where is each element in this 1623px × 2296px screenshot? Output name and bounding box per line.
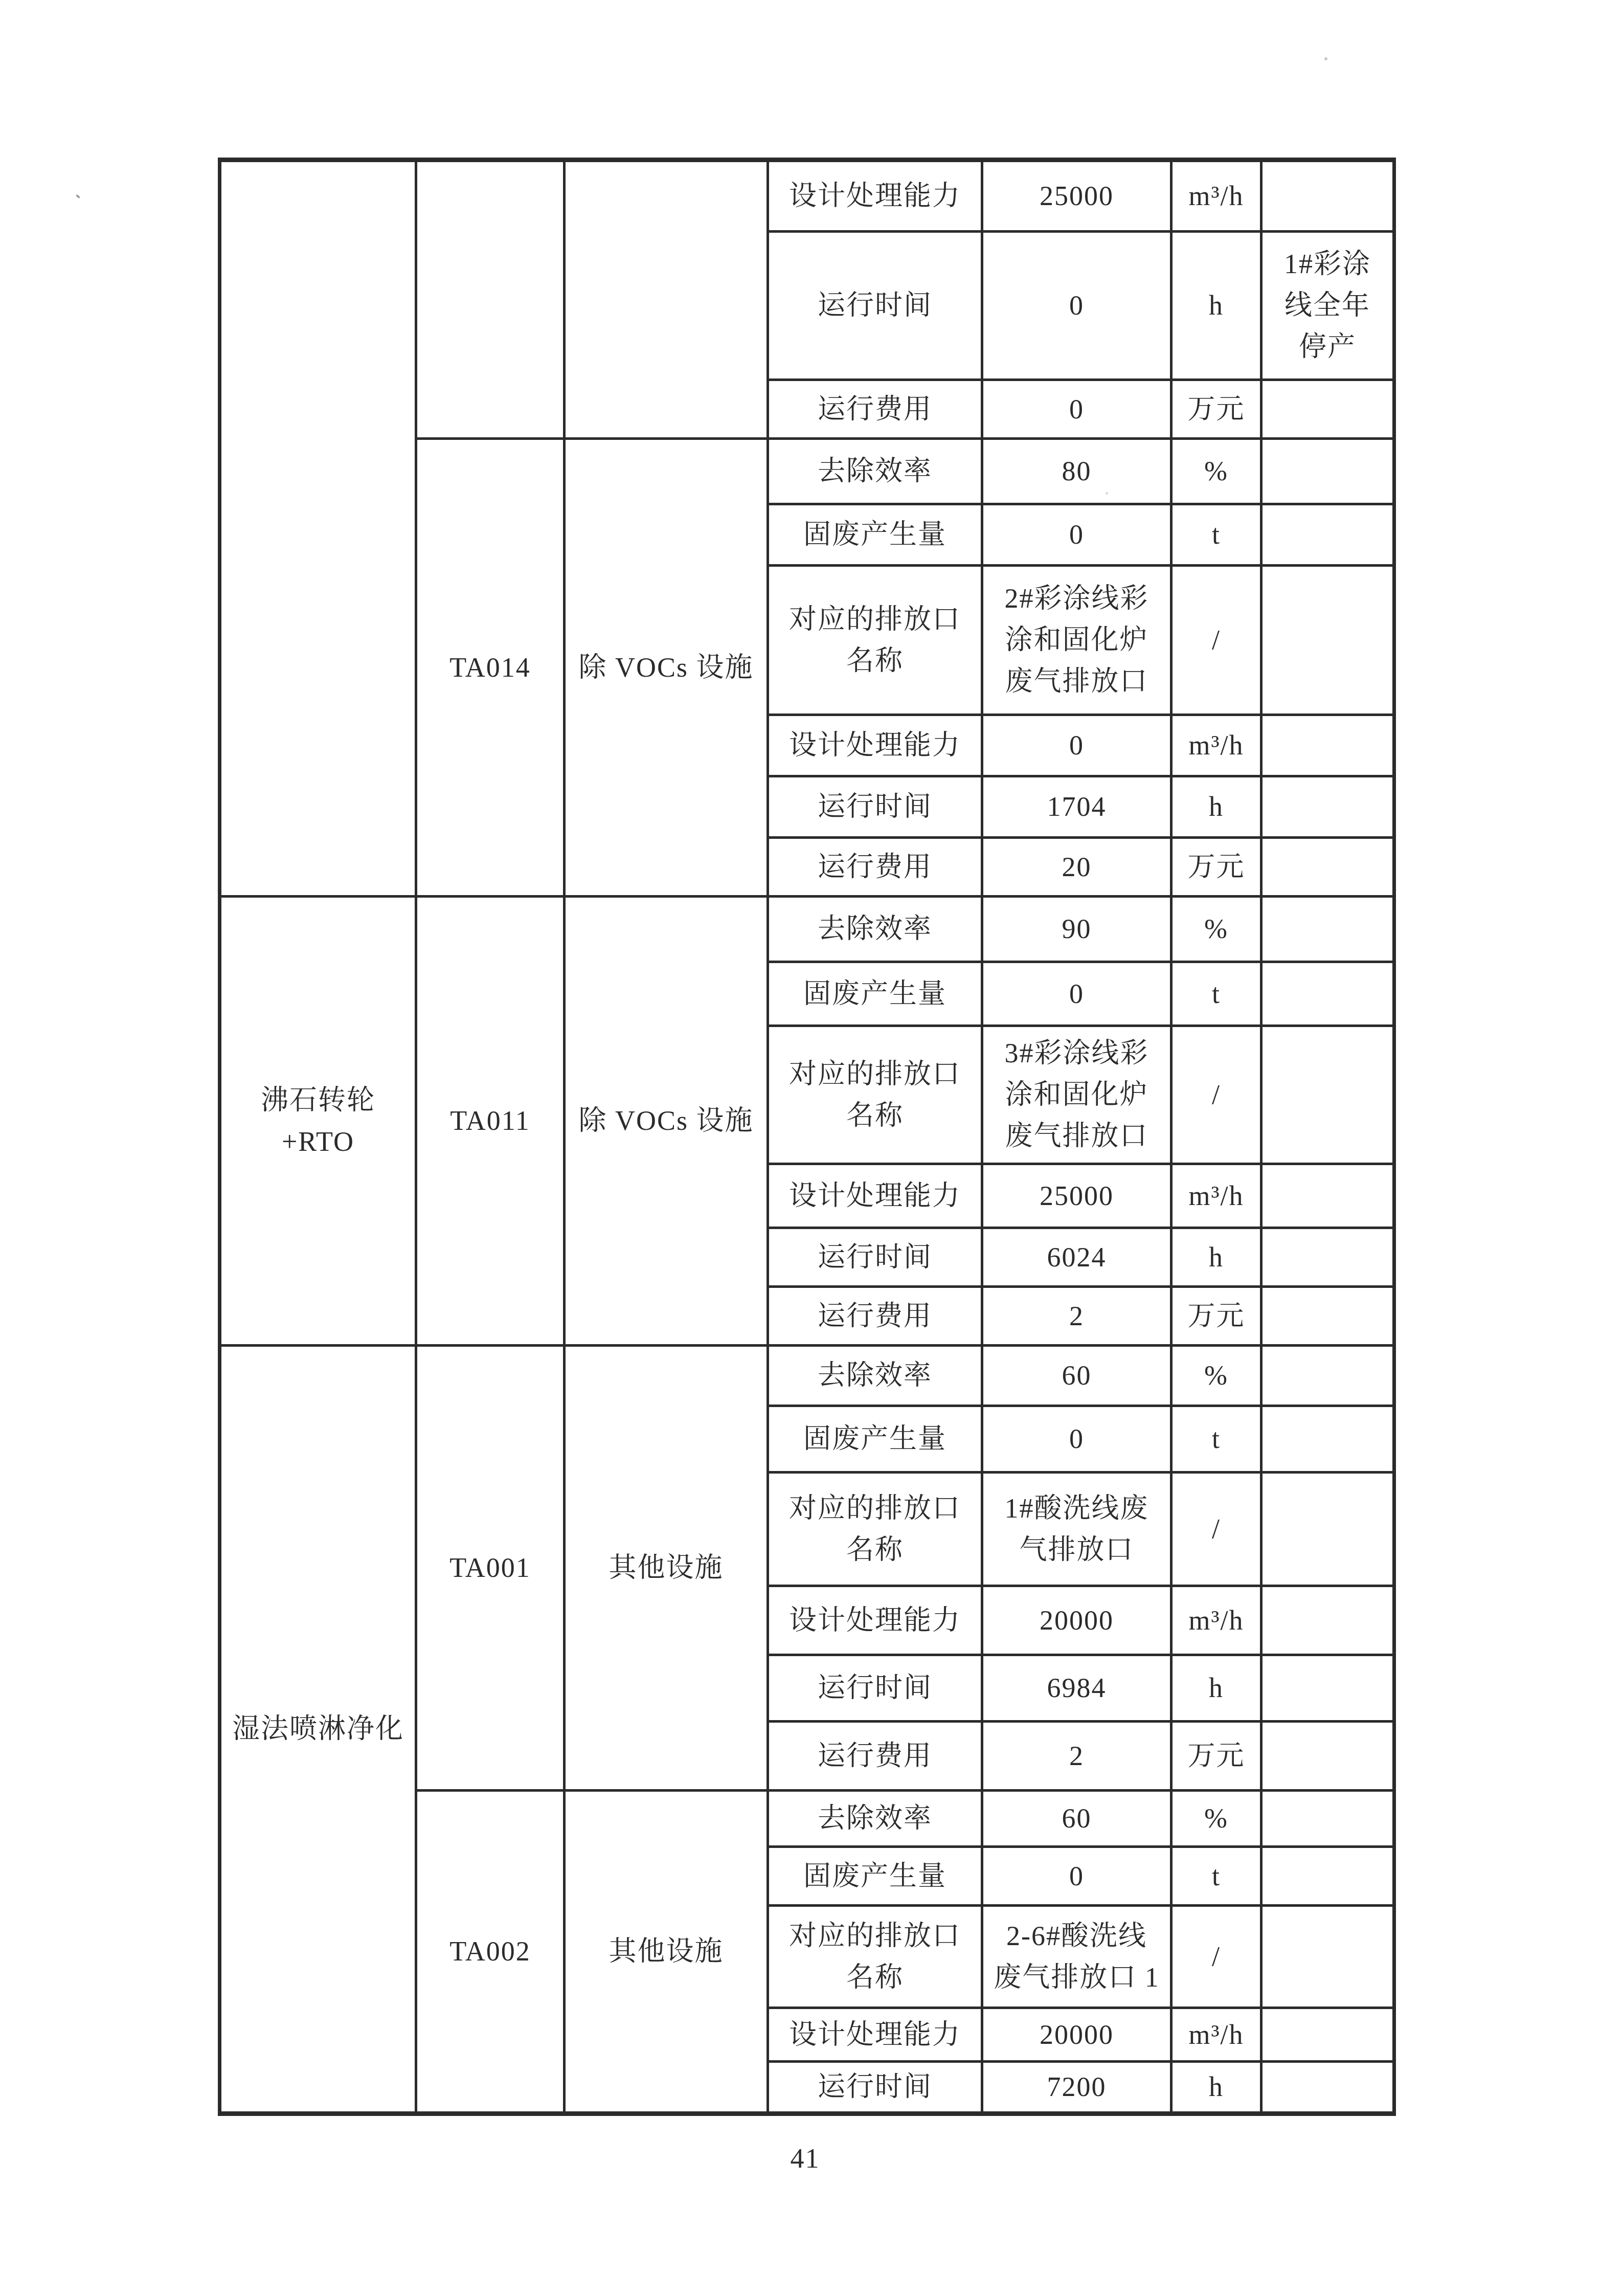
unit-cell: m³/h xyxy=(1171,715,1261,776)
unit-cell: t xyxy=(1171,1847,1261,1906)
unit-cell: h xyxy=(1171,1228,1261,1287)
note-cell xyxy=(1261,838,1394,897)
param-name-cell: 去除效率 xyxy=(768,897,982,962)
value-cell: 2 xyxy=(982,1287,1171,1346)
note-cell xyxy=(1261,1847,1394,1906)
facility-type-cell: 其他设施 xyxy=(565,1791,768,2114)
param-name-cell: 运行费用 xyxy=(768,380,982,439)
note-cell xyxy=(1261,1406,1394,1473)
note-cell xyxy=(1261,1164,1394,1228)
table-row: 湿法喷淋净化 TA001 其他设施 去除效率 60 % xyxy=(220,1346,1394,1406)
unit-cell: / xyxy=(1171,1473,1261,1586)
unit-cell: h xyxy=(1171,1655,1261,1722)
value-cell: 20000 xyxy=(982,2008,1171,2062)
value-cell: 0 xyxy=(982,232,1171,380)
note-cell xyxy=(1261,776,1394,838)
param-name-cell: 固废产生量 xyxy=(768,1406,982,1473)
unit-cell: 万元 xyxy=(1171,380,1261,439)
value-cell: 0 xyxy=(982,1847,1171,1906)
unit-cell: t xyxy=(1171,1406,1261,1473)
value-cell: 6024 xyxy=(982,1228,1171,1287)
value-cell: 2#彩涂线彩 涂和固化炉 废气排放口 xyxy=(982,566,1171,715)
note-cell: 1#彩涂 线全年 停产 xyxy=(1261,232,1394,380)
unit-cell: % xyxy=(1171,1346,1261,1406)
value-cell: 60 xyxy=(982,1791,1171,1847)
note-cell xyxy=(1261,160,1394,232)
facility-code-cell: TA014 xyxy=(416,439,565,897)
unit-cell: h xyxy=(1171,776,1261,838)
note-cell xyxy=(1261,1791,1394,1847)
param-name-cell: 运行时间 xyxy=(768,1228,982,1287)
param-name-cell: 运行时间 xyxy=(768,232,982,380)
facility-type-cell: 除 VOCs 设施 xyxy=(565,439,768,897)
value-cell: 0 xyxy=(982,962,1171,1026)
facility-code-cell: TA001 xyxy=(416,1346,565,1791)
param-name-cell: 去除效率 xyxy=(768,1791,982,1847)
note-cell xyxy=(1261,566,1394,715)
note-cell xyxy=(1261,2008,1394,2062)
pollution-treatment-facilities-table: 设计处理能力 25000 m³/h 运行时间 0 h 1#彩涂 线全年 停产 运… xyxy=(218,158,1396,2116)
unit-cell: 万元 xyxy=(1171,1287,1261,1346)
facility-code-cell: TA002 xyxy=(416,1791,565,2114)
note-cell xyxy=(1261,1346,1394,1406)
param-name-cell: 对应的排放口 名称 xyxy=(768,566,982,715)
value-cell: 0 xyxy=(982,1406,1171,1473)
param-name-cell: 运行时间 xyxy=(768,776,982,838)
param-name-cell: 设计处理能力 xyxy=(768,1586,982,1655)
param-name-cell: 运行时间 xyxy=(768,2062,982,2114)
param-name-cell: 去除效率 xyxy=(768,439,982,504)
value-cell: 6984 xyxy=(982,1655,1171,1722)
param-name-cell: 对应的排放口 名称 xyxy=(768,1473,982,1586)
unit-cell: / xyxy=(1171,1026,1261,1164)
note-cell xyxy=(1261,2062,1394,2114)
unit-cell: m³/h xyxy=(1171,1164,1261,1228)
unit-cell: h xyxy=(1171,2062,1261,2114)
note-cell xyxy=(1261,715,1394,776)
note-cell xyxy=(1261,1473,1394,1586)
value-cell: 0 xyxy=(982,504,1171,566)
value-cell: 2-6#酸洗线 废气排放口 1 xyxy=(982,1906,1171,2008)
unit-cell: t xyxy=(1171,962,1261,1026)
value-cell: 90 xyxy=(982,897,1171,962)
value-cell: 20000 xyxy=(982,1586,1171,1655)
note-cell xyxy=(1261,1722,1394,1791)
note-cell xyxy=(1261,1228,1394,1287)
value-cell: 25000 xyxy=(982,1164,1171,1228)
table-row: 设计处理能力 25000 m³/h xyxy=(220,160,1394,232)
param-name-cell: 固废产生量 xyxy=(768,962,982,1026)
scan-artifact xyxy=(1324,57,1327,60)
note-cell xyxy=(1261,380,1394,439)
param-name-cell: 固废产生量 xyxy=(768,504,982,566)
value-cell: 1#酸洗线废 气排放口 xyxy=(982,1473,1171,1586)
unit-cell: h xyxy=(1171,232,1261,380)
facility-type-cell: 其他设施 xyxy=(565,1346,768,1791)
facility-type-cell: 除 VOCs 设施 xyxy=(565,897,768,1346)
facility-code-cell: TA011 xyxy=(416,897,565,1346)
param-name-cell: 设计处理能力 xyxy=(768,1164,982,1228)
value-cell: 0 xyxy=(982,715,1171,776)
unit-cell: 万元 xyxy=(1171,1722,1261,1791)
param-name-cell: 设计处理能力 xyxy=(768,715,982,776)
param-name-cell: 运行费用 xyxy=(768,1287,982,1346)
param-name-cell: 设计处理能力 xyxy=(768,160,982,232)
value-cell: 2 xyxy=(982,1722,1171,1791)
param-name-cell: 运行费用 xyxy=(768,1722,982,1791)
note-cell xyxy=(1261,897,1394,962)
unit-cell: % xyxy=(1171,897,1261,962)
facility-code-cell xyxy=(416,160,565,439)
param-name-cell: 去除效率 xyxy=(768,1346,982,1406)
facilities-table-wrap: 设计处理能力 25000 m³/h 运行时间 0 h 1#彩涂 线全年 停产 运… xyxy=(218,158,1392,2174)
unit-cell: / xyxy=(1171,566,1261,715)
unit-cell: m³/h xyxy=(1171,1586,1261,1655)
note-cell xyxy=(1261,1026,1394,1164)
value-cell: 7200 xyxy=(982,2062,1171,2114)
unit-cell: % xyxy=(1171,439,1261,504)
note-cell xyxy=(1261,1287,1394,1346)
param-name-cell: 设计处理能力 xyxy=(768,2008,982,2062)
facility-type-cell xyxy=(565,160,768,439)
note-cell xyxy=(1261,1586,1394,1655)
unit-cell: t xyxy=(1171,504,1261,566)
document-page: 设计处理能力 25000 m³/h 运行时间 0 h 1#彩涂 线全年 停产 运… xyxy=(0,0,1623,2296)
param-name-cell: 固废产生量 xyxy=(768,1847,982,1906)
param-name-cell: 对应的排放口 名称 xyxy=(768,1026,982,1164)
unit-cell: / xyxy=(1171,1906,1261,2008)
param-name-cell: 运行时间 xyxy=(768,1655,982,1722)
value-cell: 20 xyxy=(982,838,1171,897)
unit-cell: 万元 xyxy=(1171,838,1261,897)
value-cell: 3#彩涂线彩 涂和固化炉 废气排放口 xyxy=(982,1026,1171,1164)
table-row: 沸石转轮+RTO TA011 除 VOCs 设施 去除效率 90 % xyxy=(220,897,1394,962)
process-cell: 湿法喷淋净化 xyxy=(220,1346,416,2114)
param-name-cell: 对应的排放口 名称 xyxy=(768,1906,982,2008)
value-cell: 1704 xyxy=(982,776,1171,838)
process-cell xyxy=(220,160,416,897)
unit-cell: m³/h xyxy=(1171,160,1261,232)
unit-cell: % xyxy=(1171,1791,1261,1847)
process-cell: 沸石转轮+RTO xyxy=(220,897,416,1346)
value-cell: 0 xyxy=(982,380,1171,439)
value-cell: 25000 xyxy=(982,160,1171,232)
value-cell: 80 xyxy=(982,439,1171,504)
unit-cell: m³/h xyxy=(1171,2008,1261,2062)
note-cell xyxy=(1261,439,1394,504)
page-number: 41 xyxy=(218,2143,1392,2174)
scan-artifact xyxy=(76,194,80,199)
value-cell: 60 xyxy=(982,1346,1171,1406)
note-cell xyxy=(1261,1655,1394,1722)
note-cell xyxy=(1261,504,1394,566)
note-cell xyxy=(1261,962,1394,1026)
note-cell xyxy=(1261,1906,1394,2008)
param-name-cell: 运行费用 xyxy=(768,838,982,897)
